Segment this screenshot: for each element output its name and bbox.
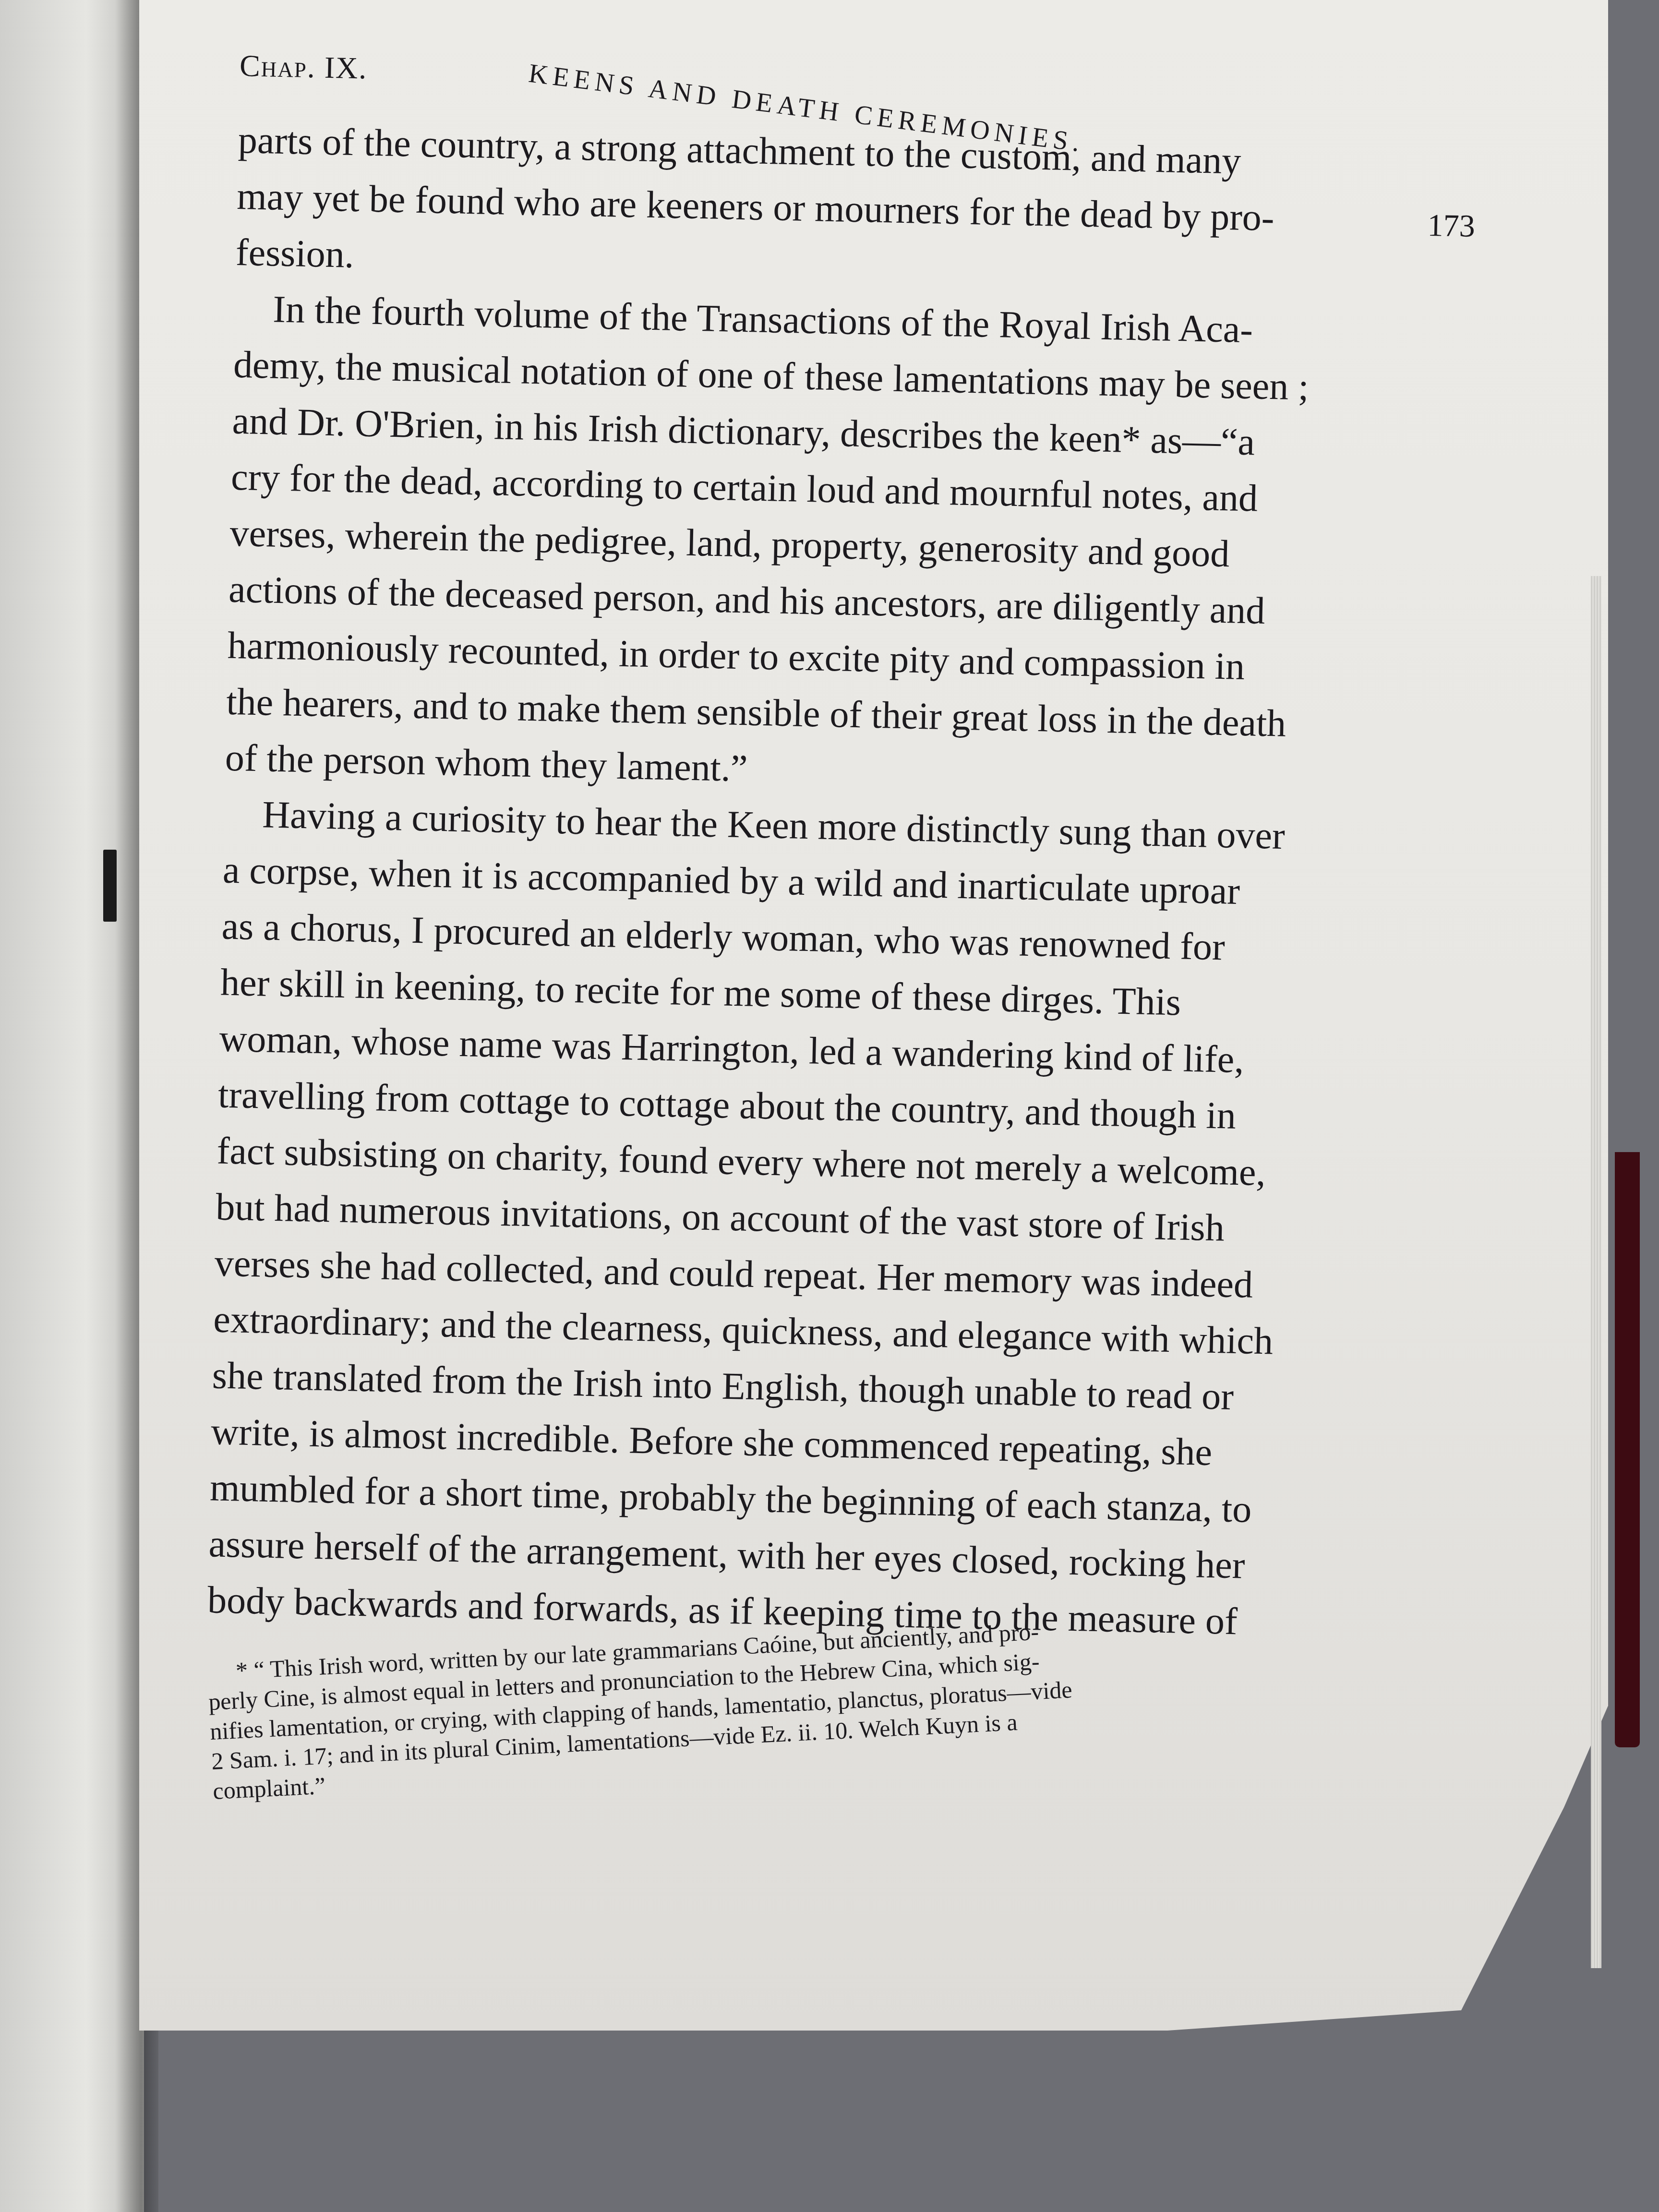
paragraph-1: parts of the country, a strong attachmen… <box>235 112 1487 307</box>
paragraph-2: In the fourth volume of the Transactions… <box>225 281 1483 812</box>
page-content: Chap. IX. KEENS AND DEATH CEREMONIES. 17… <box>203 48 1488 1832</box>
book-cover-edge <box>1615 1152 1640 1747</box>
chapter-label: Chap. IX. <box>239 48 368 86</box>
body-text: parts of the country, a strong attachmen… <box>207 112 1487 1655</box>
page-number: 173 <box>1427 207 1476 245</box>
page-stack-edge <box>1591 576 1601 1968</box>
bookmark-clip <box>103 850 117 922</box>
paragraph-3: Having a curiosity to hear the Keen more… <box>207 786 1472 1655</box>
